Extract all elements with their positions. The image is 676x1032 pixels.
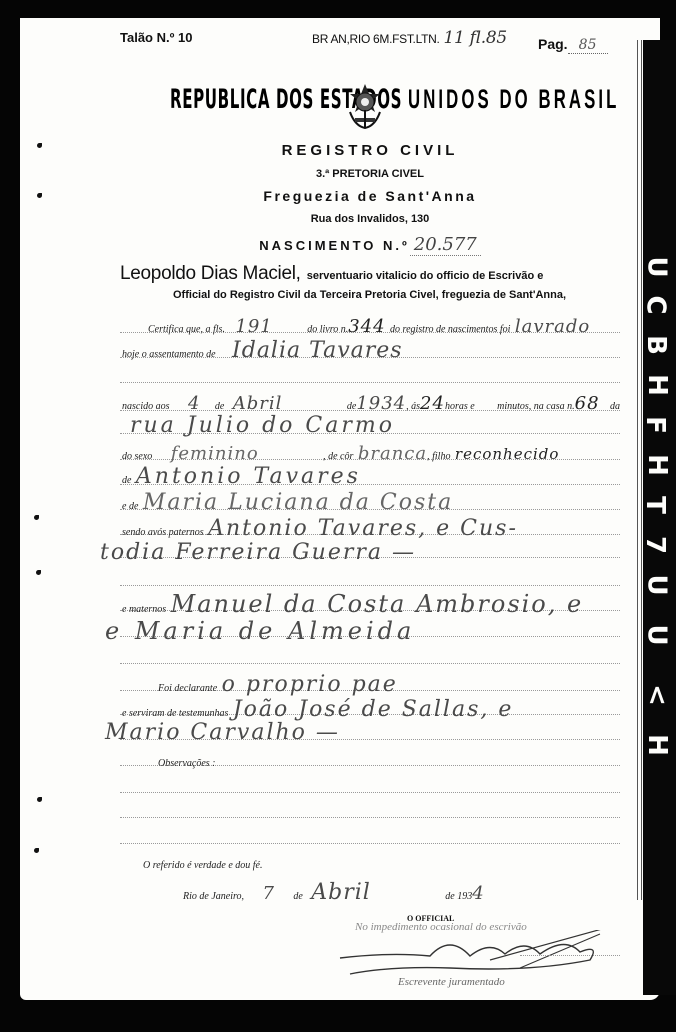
side-letter: < (642, 684, 672, 706)
closing-day: 7 (262, 883, 274, 904)
paternal-grandparents-row-2: todia Ferreira Guerra — (100, 540, 416, 565)
official-name: Leopoldo Dias Maciel, (120, 263, 301, 284)
paternal-grandparents-1: Antonio Tavares, e Cus- (208, 516, 518, 541)
side-letter: 7 (640, 536, 670, 554)
page-label: Pag. (538, 36, 568, 52)
livro-value: 344 (348, 316, 385, 337)
side-strip (643, 40, 676, 995)
record-label: NASCIMENTO N.º (259, 238, 410, 253)
cor-value: branca (358, 443, 427, 464)
certifica-row: Certifica que, a fls. 191 do livro n.344… (148, 316, 590, 337)
side-letter: T (640, 496, 670, 514)
record-number-value: 20.577 (410, 234, 481, 256)
form-line (120, 843, 620, 844)
page-value: 85 (568, 37, 608, 54)
punch-mark (36, 570, 41, 575)
punch-mark (37, 193, 42, 198)
father-row: de Antonio Tavares (122, 464, 361, 489)
street-value: rua Julio do Carmo (130, 413, 395, 438)
sexo-value: feminino (171, 443, 259, 464)
assentamento-row: hoje o assentamento de Idalia Tavares (122, 338, 403, 363)
talao-number: Talão N.º 10 (120, 30, 192, 45)
record-number: NASCIMENTO N.º20.577 (120, 234, 620, 255)
title-right: UNIDOS DO BRASIL (408, 84, 676, 115)
registro-value: lavrado (515, 316, 590, 337)
archive-reference: BR AN,RIO 6M.FST.LTN.11 fl.85 (312, 28, 507, 48)
punch-mark (37, 143, 42, 148)
side-letter: C (641, 295, 671, 314)
father-name: Antonio Tavares (136, 464, 361, 489)
declarante-row: Foi declarante o proprio pae (158, 672, 398, 697)
freguezia-heading: Freguezia de Sant'Anna (120, 188, 620, 204)
side-letter: H (642, 374, 672, 396)
brazil-coat-of-arms-icon (345, 82, 385, 130)
escrevente-label: Escrevente juramentado (398, 976, 505, 988)
side-letter: U (642, 624, 672, 645)
maternal-grandparents-2: e Maria de Almeida (105, 617, 415, 645)
street-row: rua Julio do Carmo (130, 413, 395, 438)
birth-hour: 24 (420, 393, 445, 414)
closing-month: Abril (311, 880, 371, 905)
title-left: REPUBLICA DOS ESTADOS (170, 84, 340, 115)
form-line (120, 792, 620, 793)
punch-mark (34, 848, 39, 853)
official-line-2: Official do Registro Civil da Terceira P… (173, 289, 566, 301)
filho-value: reconhecido (455, 445, 560, 463)
address: Rua dos Invalidos, 130 (120, 213, 620, 225)
punch-mark (34, 515, 39, 520)
paternal-grandparents-row: sendo avós paternos Antonio Tavares, e C… (122, 516, 518, 541)
maternal-grandparents-row: e maternos Manuel da Costa Ambrosio, e (122, 590, 583, 618)
side-letter: H (642, 734, 672, 756)
testemunhas-2: Mario Carvalho — (105, 720, 340, 745)
side-letter: F (640, 416, 670, 434)
signature-line (520, 955, 620, 956)
birth-year: 1934 (356, 393, 406, 414)
birth-month: Abril (233, 393, 283, 414)
side-letter: U (642, 574, 672, 595)
archive-handwritten: 11 fl.85 (444, 28, 507, 48)
form-line (120, 585, 620, 586)
form-line (120, 663, 620, 664)
archive-code: BR AN,RIO 6M.FST.LTN. (312, 32, 440, 46)
birth-day: 4 (188, 393, 200, 414)
form-line (120, 382, 620, 383)
testemunhas-row-2: Mario Carvalho — (105, 720, 340, 745)
side-letter: B (641, 335, 671, 355)
mother-name: Maria Luciana da Costa (143, 490, 453, 515)
pretoria-heading: 3.ª PRETORIA CIVEL (120, 168, 620, 180)
birth-date-row: nascido aos 4 de Abril de1934, ás24horas… (122, 393, 620, 414)
official-line-1: Leopoldo Dias Maciel, serventuario vital… (120, 263, 543, 285)
maternal-grandparents-row-2: e Maria de Almeida (105, 617, 415, 645)
closing-date-row: Rio de Janeiro, 7 de Abril de 1934 (183, 880, 485, 905)
maternal-grandparents-1: Manuel da Costa Ambrosio, e (171, 590, 584, 618)
fls-value: 191 (235, 316, 272, 337)
verdade-statement: O referido é verdade e dou fé. (143, 860, 263, 871)
page-number: Pag.85 (538, 36, 608, 54)
registro-civil-heading: REGISTRO CIVIL (120, 142, 620, 159)
testemunhas-row: e serviram de testemunhas João José de S… (122, 697, 513, 722)
form-line (120, 817, 620, 818)
official-label: O OFFICIAL (407, 914, 454, 923)
declarante-value: o proprio pae (222, 672, 398, 697)
testemunhas-1: João José de Sallas, e (233, 697, 514, 722)
side-letter: U (642, 256, 672, 277)
paternal-grandparents-2: todia Ferreira Guerra — (100, 540, 416, 565)
sexo-row: do sexo feminino , de côr branca, filho … (122, 443, 559, 464)
side-letter: H (642, 454, 672, 476)
observacoes-row: Observações : (158, 753, 215, 771)
punch-mark (37, 797, 42, 802)
child-name: Idalia Tavares (232, 338, 403, 363)
mother-row: e de Maria Luciana da Costa (122, 490, 453, 515)
house-number: 68 (575, 393, 600, 414)
closing-year-suffix: 4 (472, 883, 484, 904)
